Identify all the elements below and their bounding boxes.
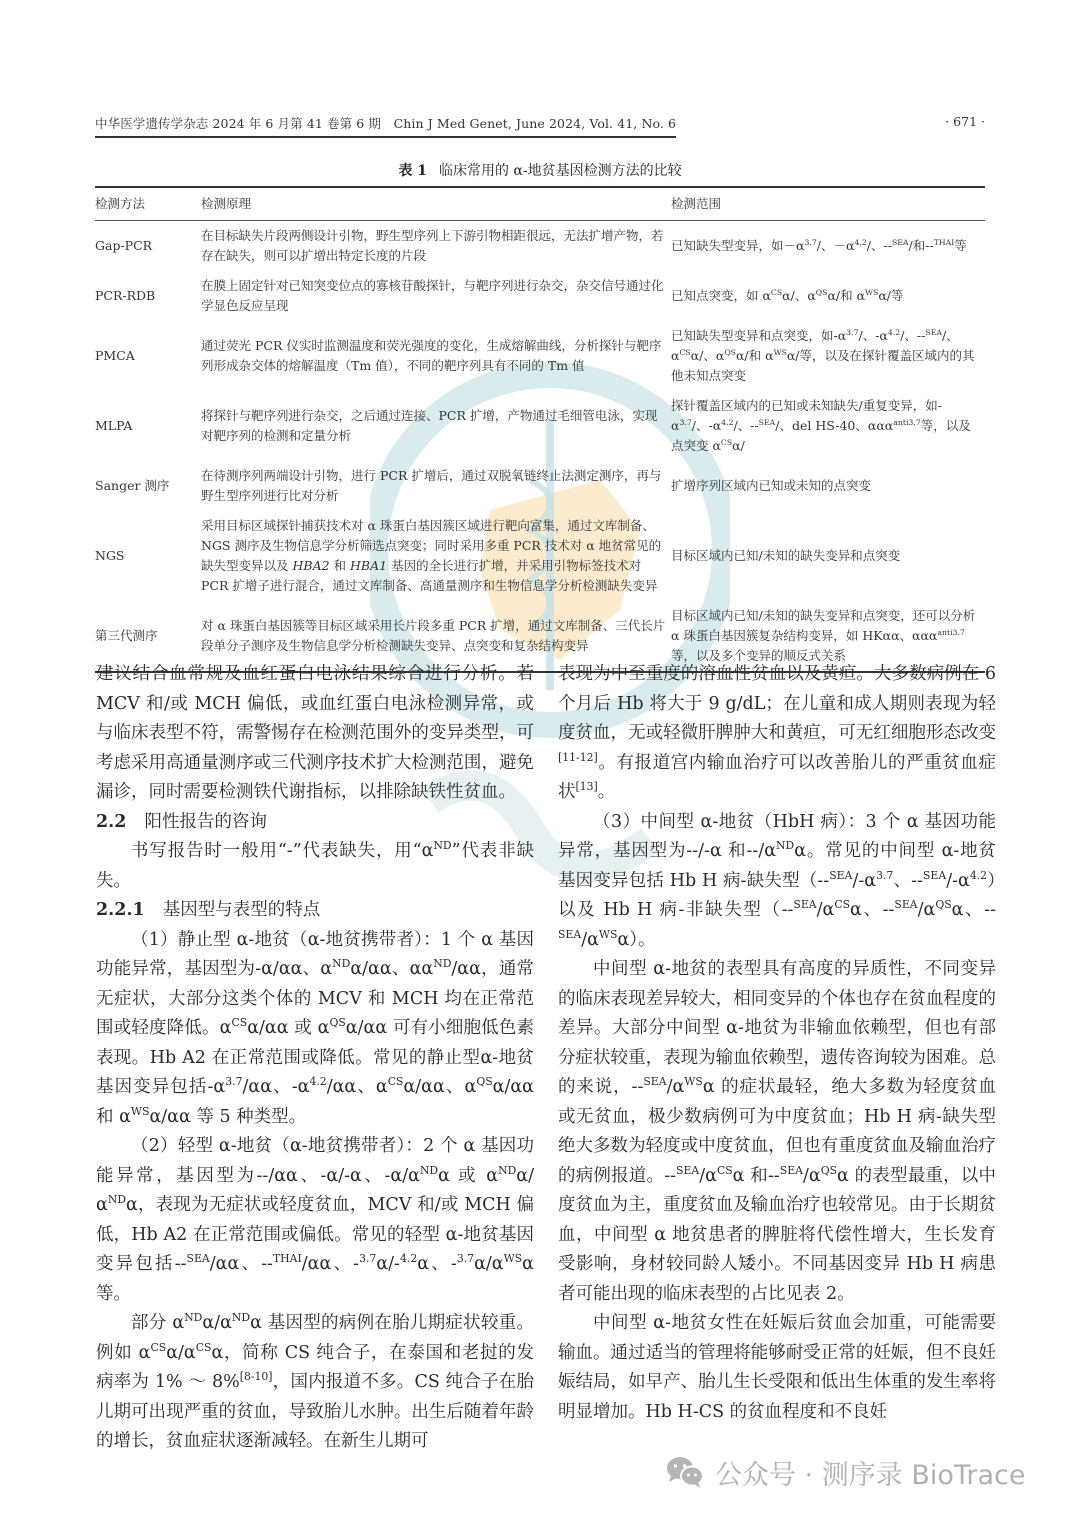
- paragraph: 书写报告时一般用“-”代表缺失，用“αND”代表非缺失。: [96, 837, 534, 896]
- table-row: PMCA 通过荧光 PCR 仪实时监测温度和荧光强度的变化，生成熔解曲线，分析探…: [95, 321, 985, 391]
- paragraph: 中间型 α-地贫的表型具有高度的异质性，不同变异的临床表现差异较大，相同变异的个…: [558, 955, 996, 1309]
- table-row: MLPA 将探针与靶序列进行杂交，之后通过连接、PCR 扩增，产物通过毛细管电泳…: [95, 391, 985, 461]
- running-head: 中华医学遗传学杂志 2024 年 6 月第 41 卷第 6 期 Chin J M…: [95, 114, 985, 136]
- paragraph: （2）轻型 α-地贫（α-地贫携带者）：2 个 α 基因功能异常，基因型为--/…: [96, 1132, 534, 1309]
- cell-method: Sanger 测序: [95, 461, 201, 511]
- wechat-account-watermark: 公众号 · 测序录 BioTrace: [665, 1452, 1026, 1492]
- page-number: · 671 ·: [945, 114, 985, 129]
- wechat-icon: [665, 1455, 705, 1489]
- cell-scope: 已知缺失型变异和点突变，如-α3.7/、-α4.2/、--SEA/、αCSα/、…: [671, 321, 985, 391]
- table-row: NGS 采用目标区域探针捕获技术对 α 珠蛋白基因簇区域进行靶向富集，通过文库制…: [95, 511, 985, 601]
- cell-scope: 探针覆盖区域内的已知或未知缺失/重复变异，如-α3.7/、-α4.2/、--SE…: [671, 391, 985, 461]
- cell-scope: 已知点突变，如 αCSα/、αQSα/和 αWSα/等: [671, 271, 985, 321]
- comparison-table: 检测方法 检测原理 检测范围 Gap-PCR 在目标缺失片段两侧设计引物，野生型…: [95, 186, 985, 673]
- cell-principle: 通过荧光 PCR 仪实时监测温度和荧光强度的变化，生成熔解曲线，分析探针与靶序列…: [201, 321, 671, 391]
- cell-principle: 采用目标区域探针捕获技术对 α 珠蛋白基因簇区域进行靶向富集，通过文库制备、NG…: [201, 511, 671, 601]
- cell-scope: 目标区域内已知/未知的缺失变异和点突变: [671, 511, 985, 601]
- right-column: 表现为中至重度的溶血性贫血以及黄疸。大多数病例在 6 个月后 Hb 将大于 9 …: [558, 660, 996, 1427]
- paragraph: 表现为中至重度的溶血性贫血以及黄疸。大多数病例在 6 个月后 Hb 将大于 9 …: [558, 660, 996, 808]
- cell-method: NGS: [95, 511, 201, 601]
- journal-citation: 中华医学遗传学杂志 2024 年 6 月第 41 卷第 6 期 Chin J M…: [95, 114, 676, 138]
- section-heading-2-2-1: 2.2.1基因型与表型的特点: [96, 896, 534, 926]
- header-principle: 检测原理: [201, 187, 671, 221]
- paragraph: 部分 αNDα/αNDα 基因型的病例在胎儿期症状较重。例如 αCSα/αCSα…: [96, 1309, 534, 1457]
- table-row: PCR-RDB 在膜上固定针对已知突变位点的寡核苷酸探针，与靶序列进行杂交，杂交…: [95, 271, 985, 321]
- cell-scope: 扩增序列区域内已知或未知的点突变: [671, 461, 985, 511]
- paragraph: （1）静止型 α-地贫（α-地贫携带者）：1 个 α 基因功能异常，基因型为-α…: [96, 926, 534, 1133]
- table-title: 临床常用的 α-地贫基因检测方法的比较: [439, 163, 682, 179]
- cell-method: MLPA: [95, 391, 201, 461]
- cell-principle: 将探针与靶序列进行杂交，之后通过连接、PCR 扩增，产物通过毛细管电泳，实现对靶…: [201, 391, 671, 461]
- table-row: Sanger 测序 在待测序列两端设计引物，进行 PCR 扩增后，通过双脱氧链终…: [95, 461, 985, 511]
- header-method: 检测方法: [95, 187, 201, 221]
- left-column: 建议结合血常规及血红蛋白电泳结果综合进行分析。若 MCV 和/或 MCH 偏低，…: [96, 660, 534, 1457]
- table-label: 表 1: [398, 163, 427, 179]
- cell-method: PMCA: [95, 321, 201, 391]
- paragraph: 建议结合血常规及血红蛋白电泳结果综合进行分析。若 MCV 和/或 MCH 偏低，…: [96, 660, 534, 808]
- paragraph: （3）中间型 α-地贫（HbH 病）：3 个 α 基因功能异常，基因型为--/-…: [558, 808, 996, 956]
- cell-principle: 在待测序列两端设计引物，进行 PCR 扩增后，通过双脱氧链终止法测定测序，再与野…: [201, 461, 671, 511]
- cell-method: PCR-RDB: [95, 271, 201, 321]
- section-heading-2-2: 2.2阳性报告的咨询: [96, 808, 534, 838]
- cell-scope: 已知缺失型变异，如－α3.7/、－α4.2/、--SEA/和--THAI等: [671, 221, 985, 272]
- cell-method: Gap-PCR: [95, 221, 201, 272]
- table-caption: 表 1临床常用的 α-地贫基因检测方法的比较: [0, 160, 1080, 180]
- cell-principle: 在目标缺失片段两侧设计引物，野生型序列上下游引物相距很远，无法扩增产物，若存在缺…: [201, 221, 671, 272]
- cell-principle: 在膜上固定针对已知突变位点的寡核苷酸探针，与靶序列进行杂交，杂交信号通过化学显色…: [201, 271, 671, 321]
- table-header-row: 检测方法 检测原理 检测范围: [95, 187, 985, 221]
- wechat-account-text: 公众号 · 测序录 BioTrace: [715, 1453, 1026, 1492]
- header-scope: 检测范围: [671, 187, 985, 221]
- table-row: Gap-PCR 在目标缺失片段两侧设计引物，野生型序列上下游引物相距很远，无法扩…: [95, 221, 985, 272]
- paragraph: 中间型 α-地贫女性在妊娠后贫血会加重，可能需要输血。通过适当的管理将能够耐受正…: [558, 1309, 996, 1427]
